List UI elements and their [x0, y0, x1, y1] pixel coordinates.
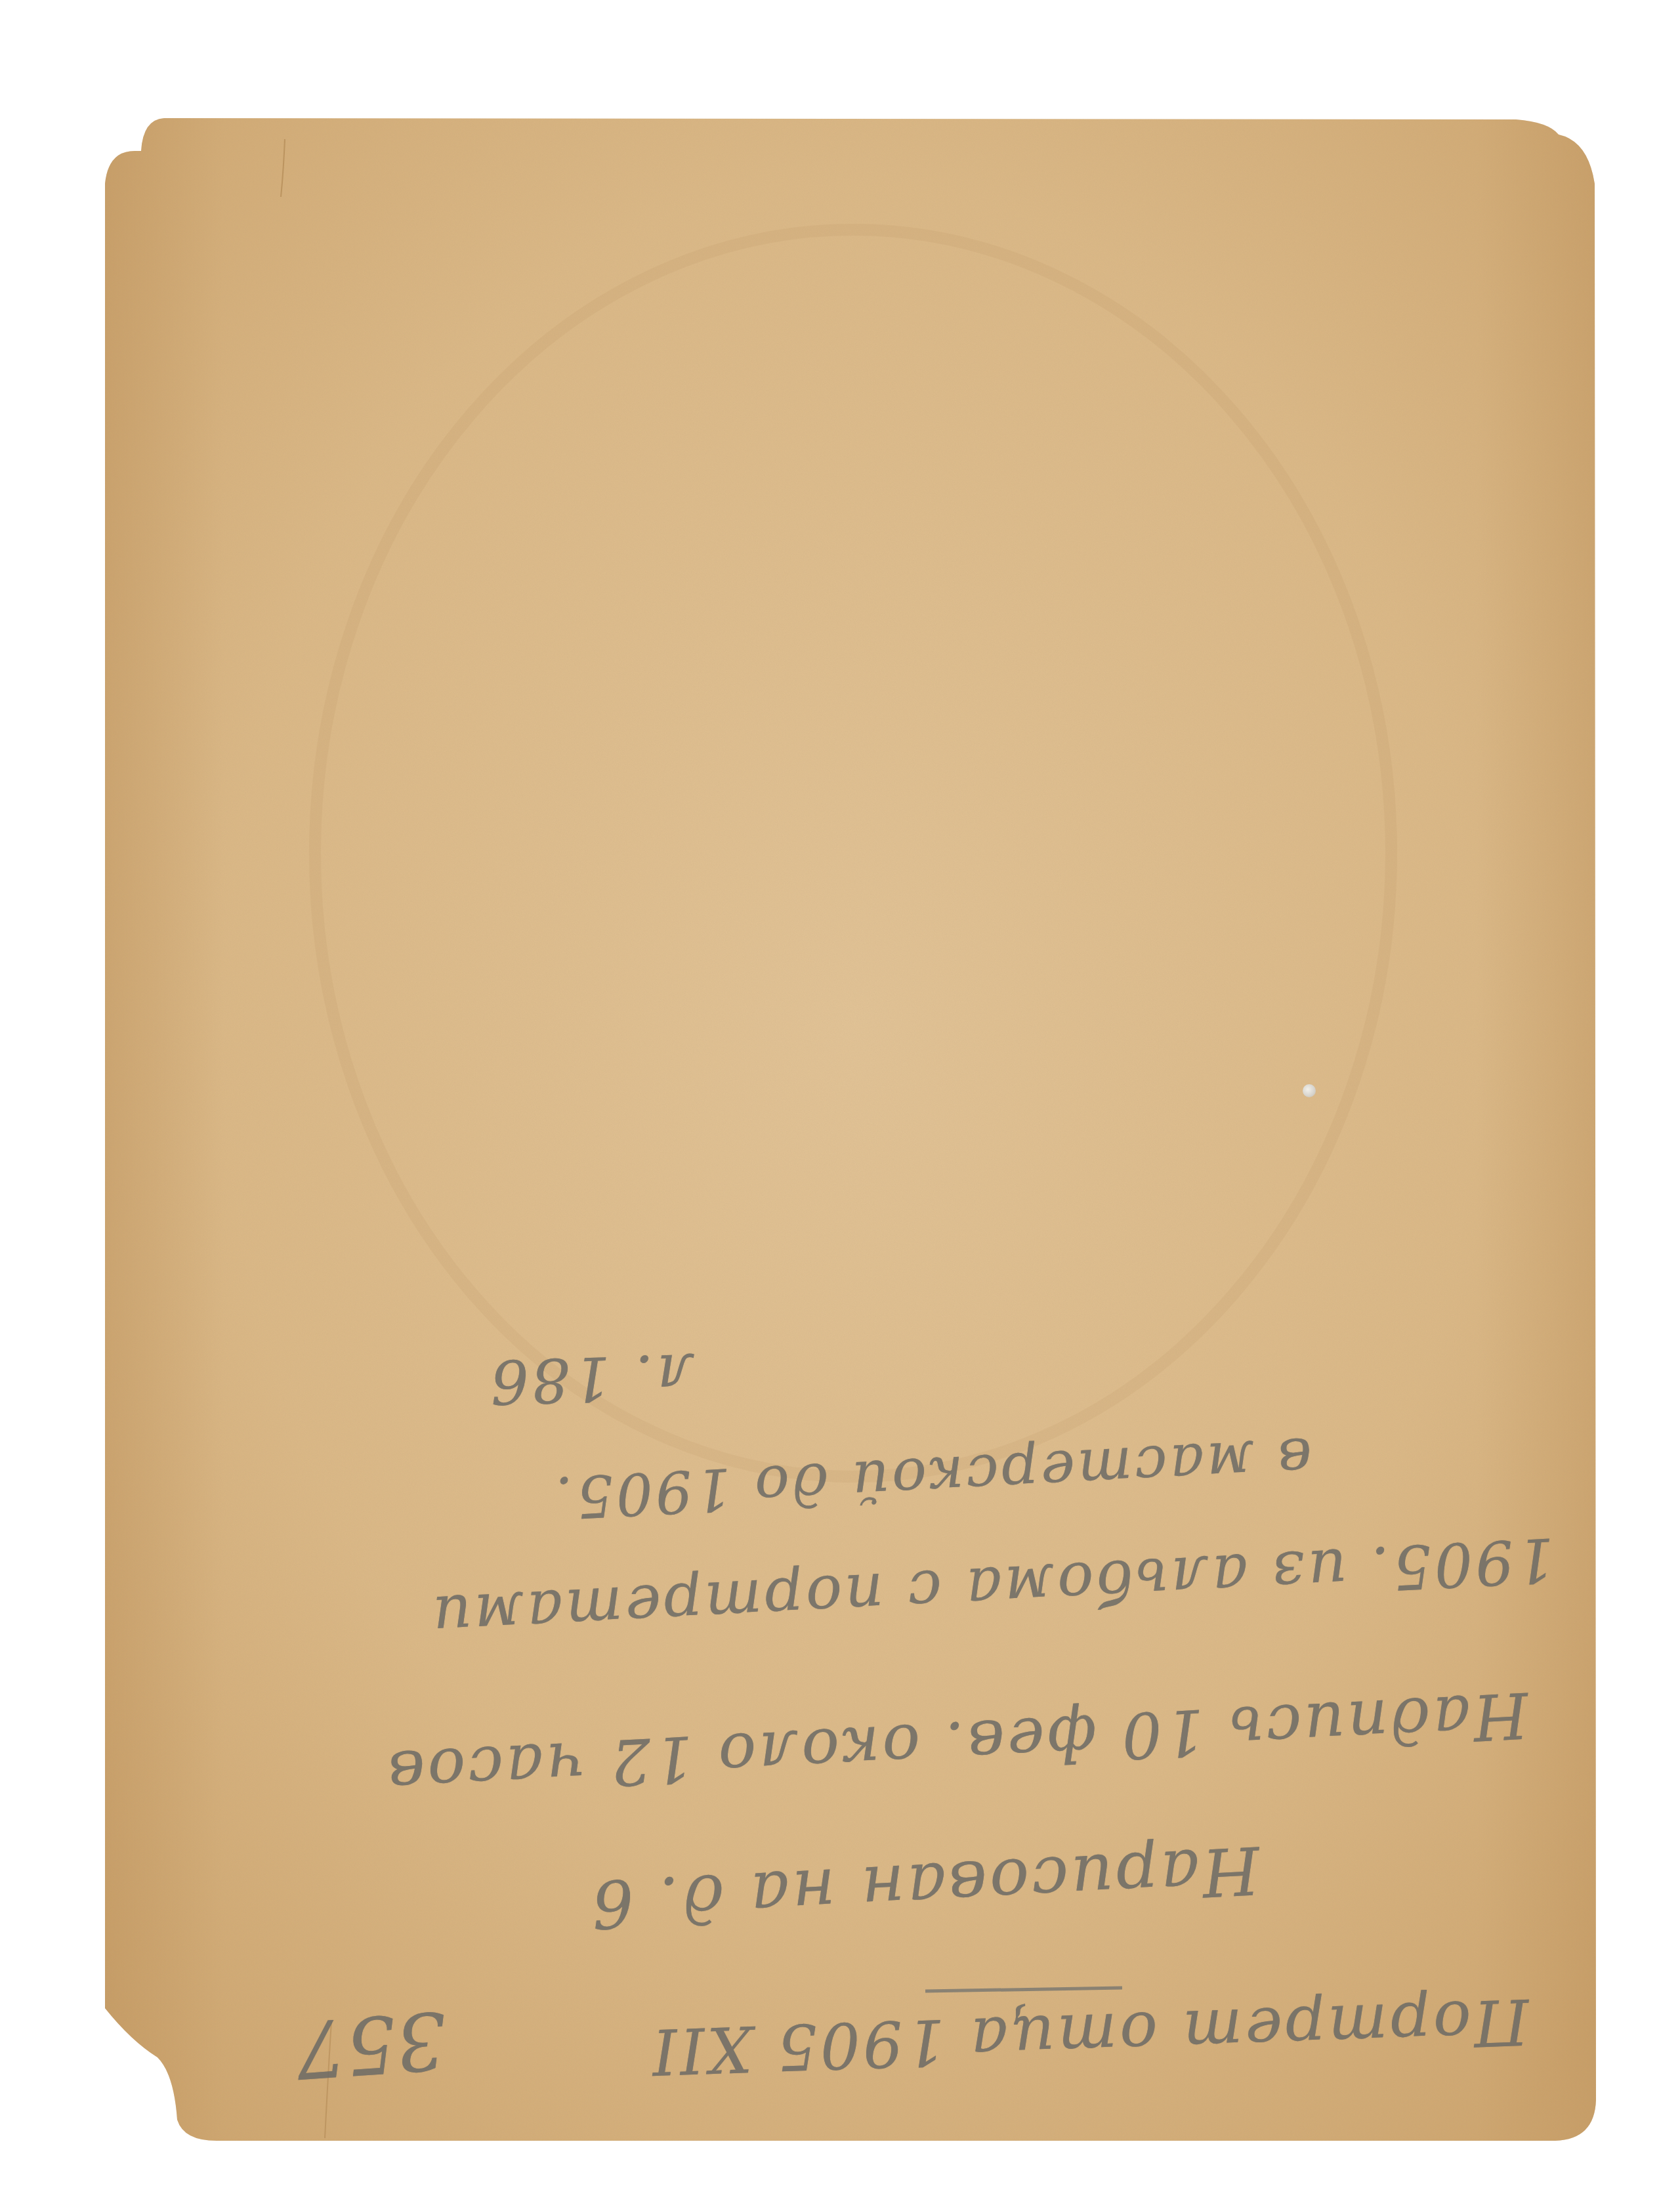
paper-card	[0, 0, 1680, 2188]
photo-stage: Портрет отца 1905 XII 357 Нарисован на д…	[0, 0, 1680, 2188]
pinhole-mark	[1303, 1084, 1316, 1097]
